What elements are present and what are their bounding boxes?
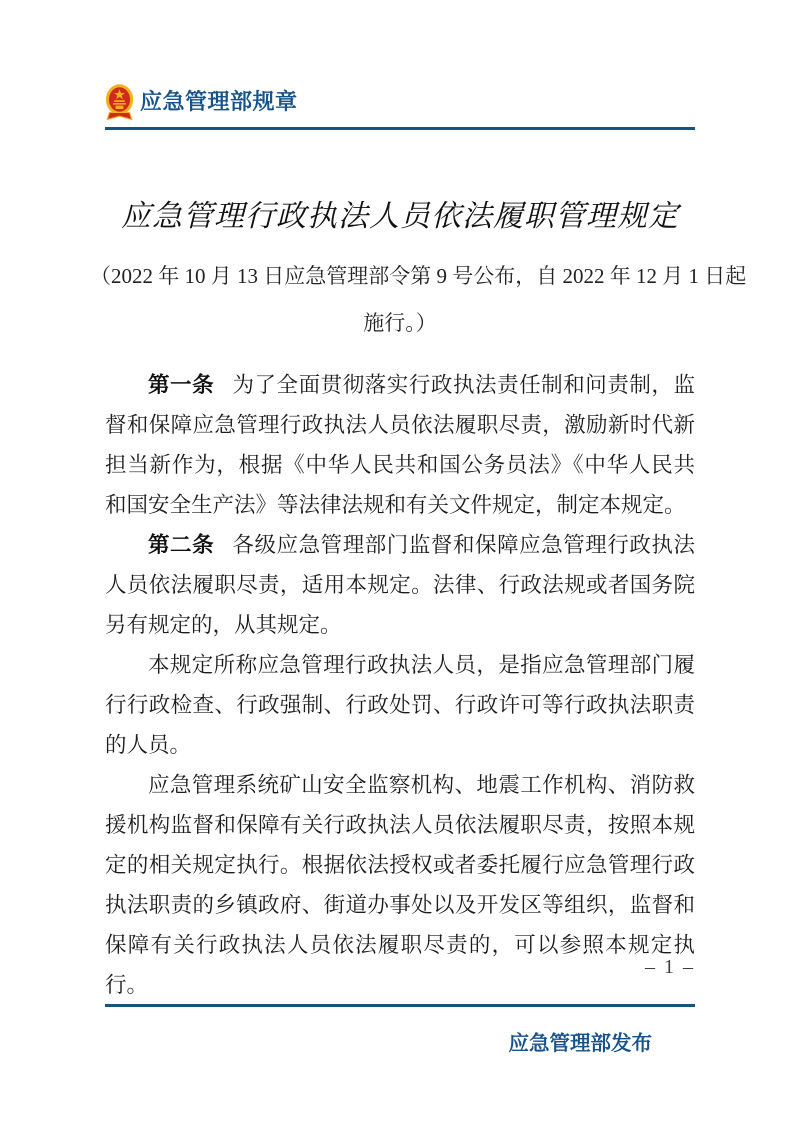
article-text: 应急管理系统矿山安全监察机构、地震工作机构、消防救援机构监督和保障有关行政执法人… [105,773,695,997]
promulgation-line-2: 施行。） [90,300,710,347]
promulgation-line-1: （2022 年 10 月 13 日应急管理部令第 9 号公布，自 2022 年 … [90,253,710,300]
footer-rule [105,1004,695,1007]
header-org-title: 应急管理部规章 [140,83,298,121]
page-number: – 1 – [645,956,695,979]
article-number: 第一条 [148,373,214,397]
national-emblem-icon [105,83,134,121]
article-paragraph: 本规定所称应急管理行政执法人员，是指应急管理部门履行行政检查、行政强制、行政处罚… [105,645,695,765]
article-paragraph: 应急管理系统矿山安全监察机构、地震工作机构、消防救援机构监督和保障有关行政执法人… [105,765,695,1005]
promulgation-note: （2022 年 10 月 13 日应急管理部令第 9 号公布，自 2022 年 … [90,253,710,347]
document-header: 应急管理部规章 [105,83,298,121]
publisher-label: 应急管理部发布 [509,1026,653,1056]
article-number: 第二条 [148,533,214,557]
document-page: 应急管理部规章 应急管理行政执法人员依法履职管理规定 （2022 年 10 月 … [0,0,793,1122]
article-text: 本规定所称应急管理行政执法人员，是指应急管理部门履行行政检查、行政强制、行政处罚… [105,653,695,757]
article-paragraph: 第二条各级应急管理部门监督和保障应急管理行政执法人员依法履职尽责，适用本规定。法… [105,525,695,645]
document-body: 第一条为了全面贯彻落实行政执法责任制和问责制，监督和保障应急管理行政执法人员依法… [105,365,695,1005]
header-rule [105,127,695,130]
article-paragraph: 第一条为了全面贯彻落实行政执法责任制和问责制，监督和保障应急管理行政执法人员依法… [105,365,695,525]
document-title: 应急管理行政执法人员依法履职管理规定 [90,194,710,240]
